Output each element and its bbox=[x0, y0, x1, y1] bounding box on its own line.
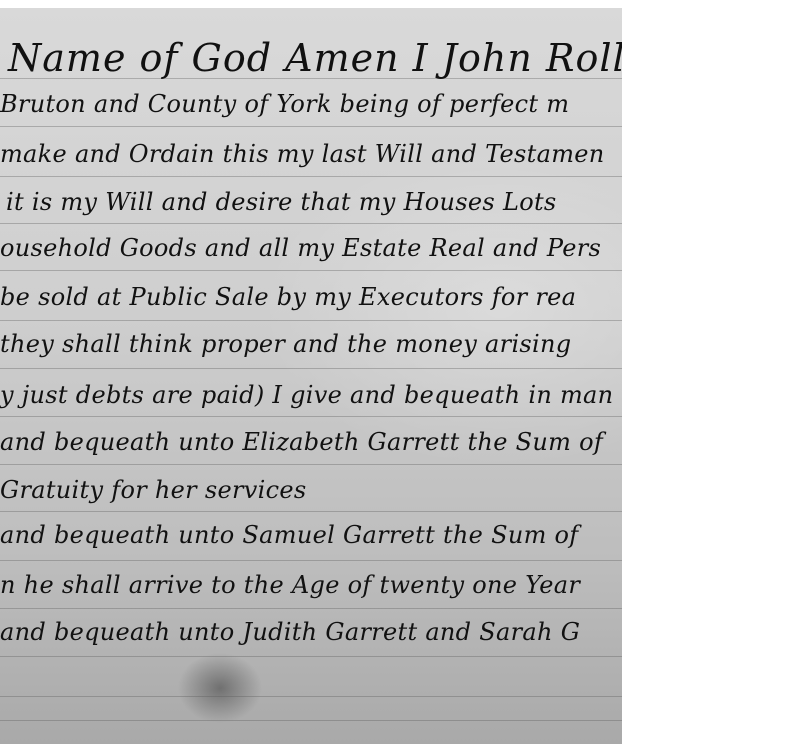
manuscript-line-9: and bequeath unto Elizabeth Garrett the … bbox=[0, 428, 603, 456]
manuscript-line-3: make and Ordain this my last Will and Te… bbox=[0, 140, 605, 168]
ruled-line bbox=[0, 560, 622, 561]
manuscript-line-4: it is my Will and desire that my Houses … bbox=[6, 188, 557, 216]
ruled-line bbox=[0, 270, 622, 271]
manuscript-line-11: and bequeath unto Samuel Garrett the Sum… bbox=[0, 521, 579, 549]
ruled-line bbox=[0, 656, 622, 657]
manuscript-line-6: be sold at Public Sale by my Executors f… bbox=[0, 283, 576, 311]
manuscript-line-8: y just debts are paid) I give and bequea… bbox=[0, 381, 613, 409]
ruled-line bbox=[0, 176, 622, 177]
ruled-line bbox=[0, 320, 622, 321]
manuscript-line-7: they shall think proper and the money ar… bbox=[0, 330, 571, 358]
ruled-line bbox=[0, 416, 622, 417]
manuscript-line-12: n he shall arrive to the Age of twenty o… bbox=[0, 571, 580, 599]
manuscript-line-1: Name of God Amen I John Rolle bbox=[8, 36, 622, 80]
ruled-line bbox=[0, 511, 622, 512]
ruled-line bbox=[0, 368, 622, 369]
manuscript-line-2: Bruton and County of York being of perfe… bbox=[0, 90, 569, 118]
manuscript-line-10: Gratuity for her services bbox=[0, 476, 306, 504]
manuscript-scan: Name of God Amen I John Rolle Bruton and… bbox=[0, 8, 622, 744]
ruled-line bbox=[0, 696, 622, 697]
ruled-line bbox=[0, 720, 622, 721]
manuscript-line-13: and bequeath unto Judith Garrett and Sar… bbox=[0, 618, 580, 646]
ruled-line bbox=[0, 223, 622, 224]
manuscript-line-5: ousehold Goods and all my Estate Real an… bbox=[0, 234, 601, 262]
ruled-line bbox=[0, 464, 622, 465]
ruled-line bbox=[0, 608, 622, 609]
ruled-line bbox=[0, 126, 622, 127]
